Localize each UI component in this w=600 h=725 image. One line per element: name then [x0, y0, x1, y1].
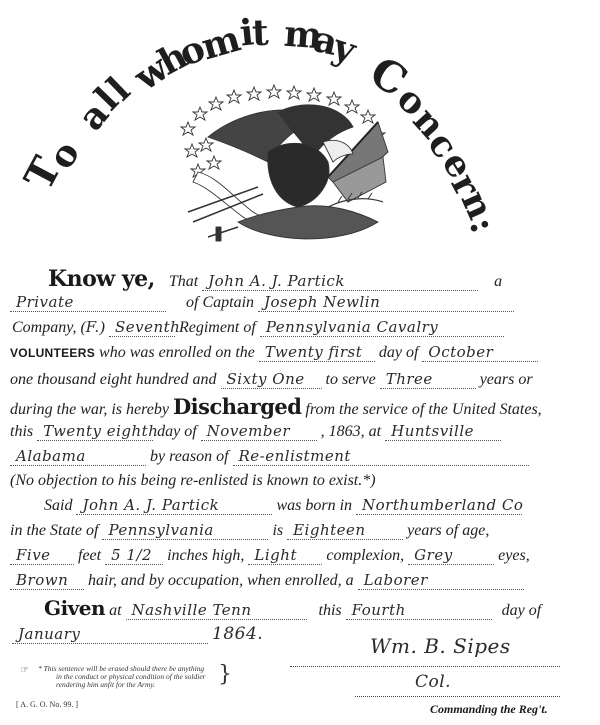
said-label: Said: [44, 497, 72, 514]
given-heading: Given: [44, 596, 105, 620]
service-years-field: Three: [380, 370, 476, 389]
enrolled-month-field: October: [422, 343, 538, 362]
birth-state-field: Pennsylvania: [102, 521, 268, 540]
reason-field: Re-enlistment: [233, 447, 529, 466]
occupation-field: Laborer: [358, 571, 524, 590]
enrolled-day-field: Twenty first: [259, 343, 375, 362]
to-serve-label: to serve: [326, 371, 376, 388]
that-label: That: [169, 273, 198, 290]
discharged-line: during the war, is hereby Discharged fro…: [10, 394, 542, 419]
form-number: [ A. G. O. No. 99. ]: [16, 700, 78, 709]
company-line: Company, (F.) Seventh Regiment of Pennsy…: [12, 318, 504, 337]
state-age-line: in the State of Pennsylvania is Eighteen…: [10, 521, 489, 540]
signature-name: Wm. B. Sipes: [370, 634, 511, 658]
this-label: this: [10, 423, 33, 440]
footnote-text-3: rendering him unfit for the Army.: [56, 681, 155, 689]
enrolled-line: VOLUNTEERS who was enrolled on the Twent…: [10, 343, 538, 362]
rank-line: Private of Captain Joseph Newlin: [10, 293, 514, 312]
hair-label: hair, and by occupation, when enrolled, …: [88, 572, 354, 589]
born-in-label: was born in: [276, 497, 352, 514]
years-of-age-label: years of age,: [407, 522, 489, 539]
regiment-of-label: Regiment of: [179, 319, 256, 336]
discharge-month-field: November: [201, 422, 317, 441]
year-line: one thousand eight hundred and Sixty One…: [10, 370, 533, 389]
occupation-line: Brown hair, and by occupation, when enro…: [10, 571, 524, 590]
know-ye-heading: Know ye,: [48, 266, 155, 292]
complexion-field: Light: [248, 546, 322, 565]
regiment-number-field: Seventh: [109, 318, 175, 337]
company-label: Company, (: [12, 319, 86, 336]
during-war-label: during the war, is hereby: [10, 401, 169, 418]
eyes-field: Grey: [408, 546, 494, 565]
of-captain-label: of Captain: [186, 294, 254, 311]
know-ye-line: Know ye, That John A. J. Partick a: [48, 266, 502, 292]
given-day-of-label: day of: [502, 602, 542, 619]
hair-field: Brown: [10, 571, 84, 590]
from-service-label: from the service of the United States,: [305, 401, 541, 418]
discharged-heading: Discharged: [173, 394, 301, 419]
regiment-name-field: Pennsylvania Cavalry: [260, 318, 504, 337]
given-place-field: Nashville Tenn: [126, 601, 307, 620]
signature-block: Wm. B. Sipes Col. Commanding the Reg't.: [290, 620, 590, 720]
no-objection-text: (No objection to his being re-enlisted i…: [10, 472, 376, 489]
complexion-label: complexion,: [326, 547, 404, 564]
given-year: 1864.: [212, 624, 263, 644]
is-label: is: [272, 522, 283, 539]
born-line: Said John A. J. Partick was born in Nort…: [44, 496, 522, 515]
day-of-label: day of: [379, 344, 419, 361]
signature-title: Col.: [415, 672, 451, 692]
given-at-label: at: [109, 602, 121, 619]
discharge-day-of-label: day of: [157, 423, 197, 440]
discharge-day-field: Twenty eighth: [37, 422, 153, 441]
captain-name-field: Joseph Newlin: [258, 293, 514, 312]
feet-label: feet: [78, 547, 101, 564]
title-line: [355, 696, 560, 697]
reason-line: Alabama by reason of Re-enlistment: [10, 447, 529, 466]
year-label: one thousand eight hundred and: [10, 371, 217, 388]
discharge-date-line: this Twenty eighth day of November , 186…: [10, 422, 501, 441]
signature-line: [290, 666, 560, 667]
description-line: Five feet 5 1/2 inches high, Light compl…: [10, 546, 530, 565]
rank-field: Private: [10, 293, 166, 312]
commanding-label: Commanding the Reg't.: [430, 702, 548, 717]
footnote-brace: }: [218, 663, 232, 687]
given-line: Given at Nashville Tenn this Fourth day …: [44, 596, 541, 620]
company-letter-field: F.: [86, 318, 100, 336]
discharge-place-field: Huntsville: [385, 422, 501, 441]
discharge-year-label: , 1863, at: [321, 423, 381, 440]
a-label: a: [494, 273, 502, 290]
enrolled-year-field: Sixty One: [221, 370, 322, 389]
enrolled-label: who was enrolled on the: [99, 344, 255, 361]
inches-high-label: inches high,: [167, 547, 244, 564]
years-or-label: years or: [480, 371, 533, 388]
no-objection-line: (No objection to his being re-enlisted i…: [10, 472, 376, 490]
birthplace-field: Northumberland Co: [356, 496, 522, 515]
height-feet-field: Five: [10, 546, 74, 565]
age-field: Eighteen: [287, 521, 403, 540]
volunteers-label: VOLUNTEERS: [10, 346, 95, 360]
eagle-emblem-icon: [178, 82, 408, 252]
given-month-field: January: [12, 625, 208, 644]
discharge-state-field: Alabama: [10, 447, 146, 466]
state-of-label: in the State of: [10, 522, 98, 539]
height-inches-field: 5 1/2: [105, 546, 163, 565]
given-this-label: this: [319, 602, 342, 619]
by-reason-label: by reason of: [150, 448, 229, 465]
eyes-label: eyes,: [498, 547, 530, 564]
pointing-hand-icon: ☞: [20, 665, 29, 676]
company-close: ): [100, 319, 105, 336]
given-day-field: Fourth: [346, 601, 492, 620]
soldier-name-field: John A. J. Partick: [202, 272, 478, 291]
said-name-field: John A. J. Partick: [76, 496, 272, 515]
given-month-line: January 1864.: [12, 624, 263, 644]
